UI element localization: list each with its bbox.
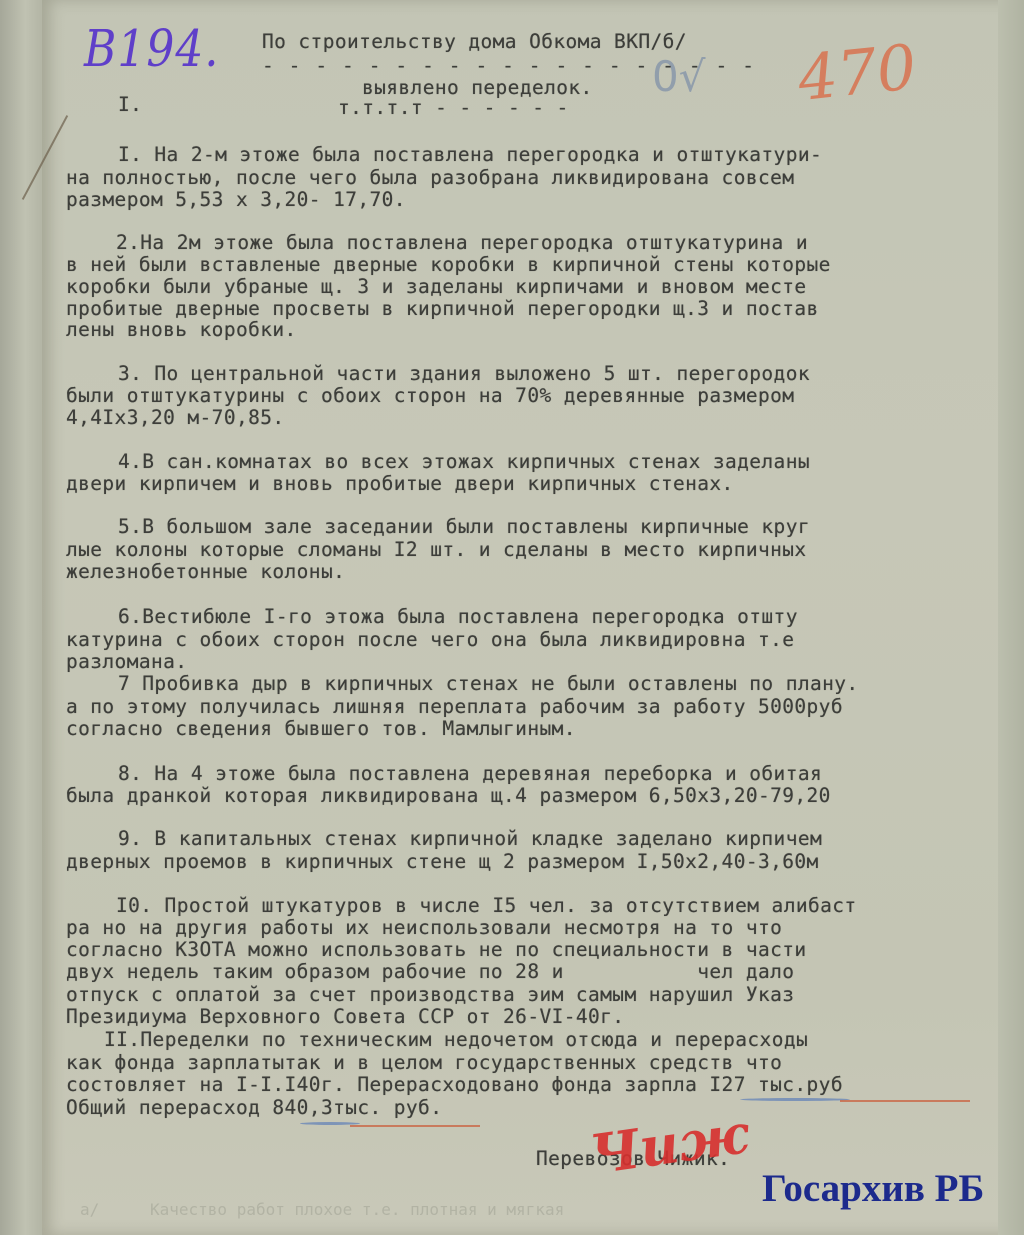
item-1-line-2: на полностью, после чего была разобрана … — [66, 168, 794, 188]
item-10-line-1: I0. Простой штукатуров в числе I5 чел. з… — [116, 896, 857, 916]
document-header: По строительству дома Обкома ВКП/б/ — [262, 32, 687, 52]
subtitle-rule: т.т.т.т - - - - - - — [338, 98, 569, 118]
item-11-line-1: II.Переделки по техническим недочетом от… — [104, 1030, 808, 1050]
item-5-line-2: лые колоны которые сломаны I2 шт. и сдел… — [66, 540, 807, 560]
adjacent-page-edge — [0, 0, 42, 1235]
item-1-line-1: I. На 2-м этоже была поставлена перегоро… — [118, 145, 822, 165]
item-10-line-6: Президиума Верховного Совета ССР от 26-V… — [66, 1007, 624, 1027]
pencil-underline-red-2 — [350, 1125, 480, 1127]
item-3-line-2: были отштукатурины с обоих сторон на 70%… — [66, 386, 794, 406]
bleed-through-text: Качество работ плохое т.е. плотная и мяг… — [150, 1200, 564, 1219]
pencil-underline-blue — [740, 1098, 850, 1101]
item-7-line-3: согласно сведения бывшего тов. Мамлыгины… — [66, 719, 576, 739]
item-10-line-2: ра но на другия работы их неиспользовали… — [66, 918, 782, 938]
item-11-line-4: Общий перерасход 840,3тыс. руб. — [66, 1098, 442, 1118]
page-right-edge — [998, 0, 1024, 1235]
archive-watermark: Госархив РБ — [762, 1166, 984, 1211]
item-6-line-1: 6.Вестибюле I-го этожа была поставлена п… — [118, 607, 798, 627]
archive-number: В194. — [84, 20, 219, 79]
document-subtitle: выявлено переделок. — [362, 78, 593, 98]
item-9-line-2: дверных проемов в кирпичных стене щ 2 ра… — [66, 852, 819, 872]
item-8-line-1: 8. На 4 этоже была поставлена деревяная … — [118, 764, 822, 784]
item-5-line-1: 5.В большом зале заседании были поставле… — [118, 517, 810, 537]
item-9-line-1: 9. В капитальных стенах кирпичной кладке… — [118, 829, 822, 849]
item-1-line-3: размером 5,53 х 3,20- 17,70. — [66, 190, 406, 210]
item-10-line-5: отпуск с оплатой за счет производства эи… — [66, 985, 794, 1005]
header-rule: - - - - - - - - - - - - - - - - - - - — [262, 56, 756, 76]
pencil-mark-red: 470 — [795, 30, 920, 115]
item-11-line-3: состовляет на I-I.I40г. Перерасходовано … — [66, 1075, 843, 1095]
margin-note: а/ — [80, 1200, 99, 1219]
item-3-line-1: 3. По центральной части здания выложено … — [118, 364, 810, 384]
item-4-line-2: двери кирпичем и вновь пробитые двери ки… — [66, 474, 734, 494]
item-2-line-1: 2.На 2м этоже была поставлена перегородк… — [116, 233, 808, 253]
item-8-line-2: была дранкой которая ликвидирована щ.4 р… — [66, 786, 831, 806]
item-2-line-4: пробитые дверные просветы в кирпичной пе… — [66, 299, 819, 319]
item-5-line-3: железнобетонные колоны. — [66, 562, 345, 582]
item-10-line-3: согласно КЗОТА можно использовать не по … — [66, 940, 807, 960]
item-6-line-2: катурина с обоих сторон после чего она б… — [66, 630, 794, 650]
item-10-line-4: двух недель таким образом рабочие по 28 … — [66, 962, 794, 982]
item-2-line-2: в ней были вставленые дверные коробки в … — [66, 255, 831, 275]
item-3-line-3: 4,4Iх3,20 м-70,85. — [66, 408, 285, 428]
item-2-line-3: коробки были убраные щ. 3 и заделаны кир… — [66, 277, 807, 297]
item-6-line-3: разломана. — [66, 652, 187, 672]
pencil-underline-red — [840, 1100, 970, 1102]
item-2-line-5: лены вновь коробки. — [66, 320, 297, 340]
item-4-line-1: 4.В сан.комнатах во всех этожах кирпичны… — [118, 452, 810, 472]
section-marker: I. — [118, 95, 142, 115]
item-11-line-2: как фонда зарплатытак и в целом государс… — [66, 1053, 782, 1073]
item-7-line-1: 7 Пробивка дыр в кирпичных стенах не был… — [118, 674, 859, 694]
item-7-line-2: а по этому получилась лишняя переплата р… — [66, 697, 843, 717]
